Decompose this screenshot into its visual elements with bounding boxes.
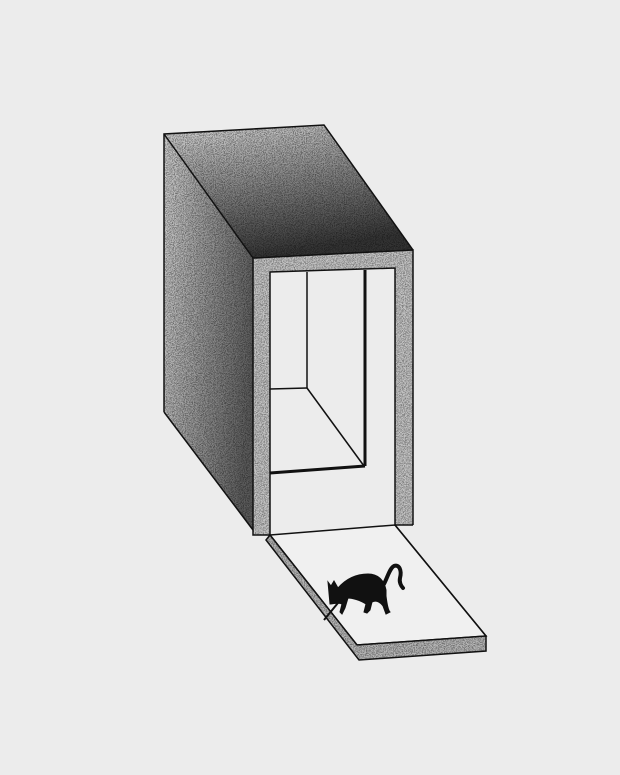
illustration-canvas bbox=[0, 0, 620, 775]
background bbox=[0, 0, 620, 775]
